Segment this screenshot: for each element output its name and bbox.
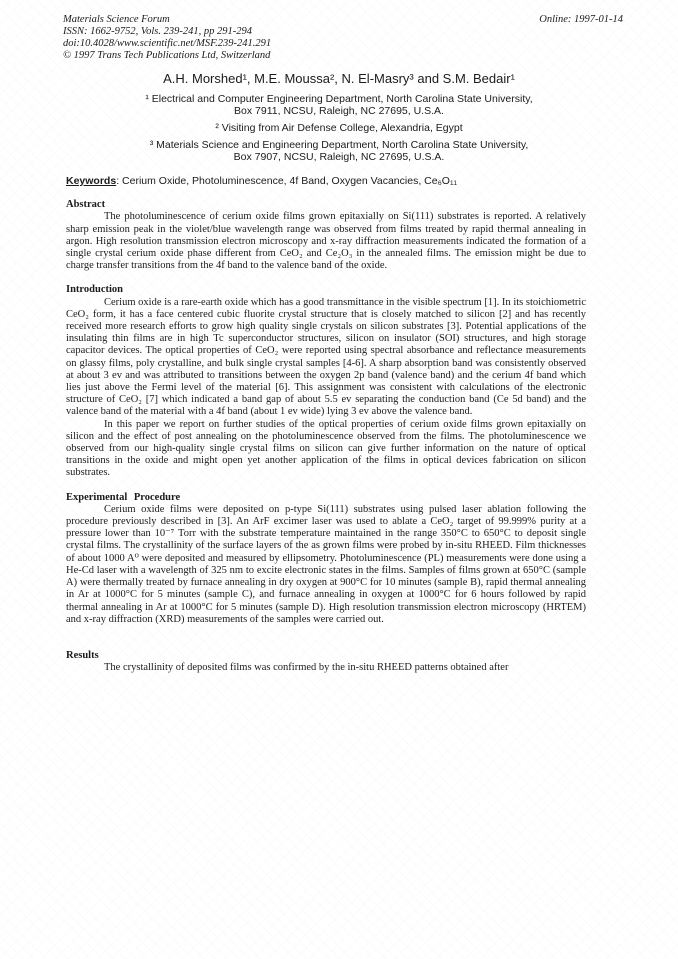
copyright-line: © 1997 Trans Tech Publications Ltd, Swit… <box>63 50 271 62</box>
issn-line: ISSN: 1662-9752, Vols. 239-241, pp 291-2… <box>63 26 271 38</box>
section-heading-abstract: Abstract <box>66 199 586 211</box>
keywords-text: : Cerium Oxide, Photoluminescence, 4f Ba… <box>116 175 457 187</box>
abstract-paragraph: The photoluminescence of cerium oxide fi… <box>66 211 586 272</box>
section-heading-experimental-procedure: Experimental Procedure <box>66 492 586 504</box>
affiliation-3-line-2: Box 7907, NCSU, Raleigh, NC 27695, U.S.A… <box>0 151 678 163</box>
page-header: Materials Science Forum ISSN: 1662-9752,… <box>0 0 678 62</box>
affiliation-1-line-1: ¹ Electrical and Computer Engineering De… <box>0 93 678 105</box>
section-heading-introduction: Introduction <box>66 284 586 296</box>
affiliation-1-line-2: Box 7911, NCSU, Raleigh, NC 27695, U.S.A… <box>0 105 678 117</box>
affiliations-block: ¹ Electrical and Computer Engineering De… <box>0 93 678 163</box>
affiliation-1: ¹ Electrical and Computer Engineering De… <box>0 93 678 117</box>
doi-line: doi:10.4028/www.scientific.net/MSF.239-2… <box>63 38 271 50</box>
experimental-paragraph: Cerium oxide films were deposited on p-t… <box>66 504 586 626</box>
keywords-line: Keywords: Cerium Oxide, Photoluminescenc… <box>66 175 586 187</box>
affiliation-3-line-1: ³ Materials Science and Engineering Depa… <box>0 139 678 151</box>
affiliation-2-line-1: ² Visiting from Air Defense College, Ale… <box>0 122 678 134</box>
section-heading-results: Results <box>66 650 586 662</box>
journal-name: Materials Science Forum <box>63 14 271 26</box>
introduction-paragraph-2: In this paper we report on further studi… <box>66 419 586 480</box>
paper-page: Materials Science Forum ISSN: 1662-9752,… <box>0 0 678 959</box>
results-paragraph: The crystallinity of deposited films was… <box>66 662 586 674</box>
keywords-label: Keywords <box>66 175 116 187</box>
online-date: Online: 1997-01-14 <box>539 14 623 26</box>
affiliation-3: ³ Materials Science and Engineering Depa… <box>0 139 678 163</box>
affiliation-2: ² Visiting from Air Defense College, Ale… <box>0 122 678 134</box>
authors-line: A.H. Morshed¹, M.E. Moussa², N. El-Masry… <box>0 71 678 86</box>
journal-info: Materials Science Forum ISSN: 1662-9752,… <box>63 14 271 62</box>
introduction-paragraph-1: Cerium oxide is a rare-earth oxide which… <box>66 297 586 419</box>
paper-body: Keywords: Cerium Oxide, Photoluminescenc… <box>66 175 586 674</box>
